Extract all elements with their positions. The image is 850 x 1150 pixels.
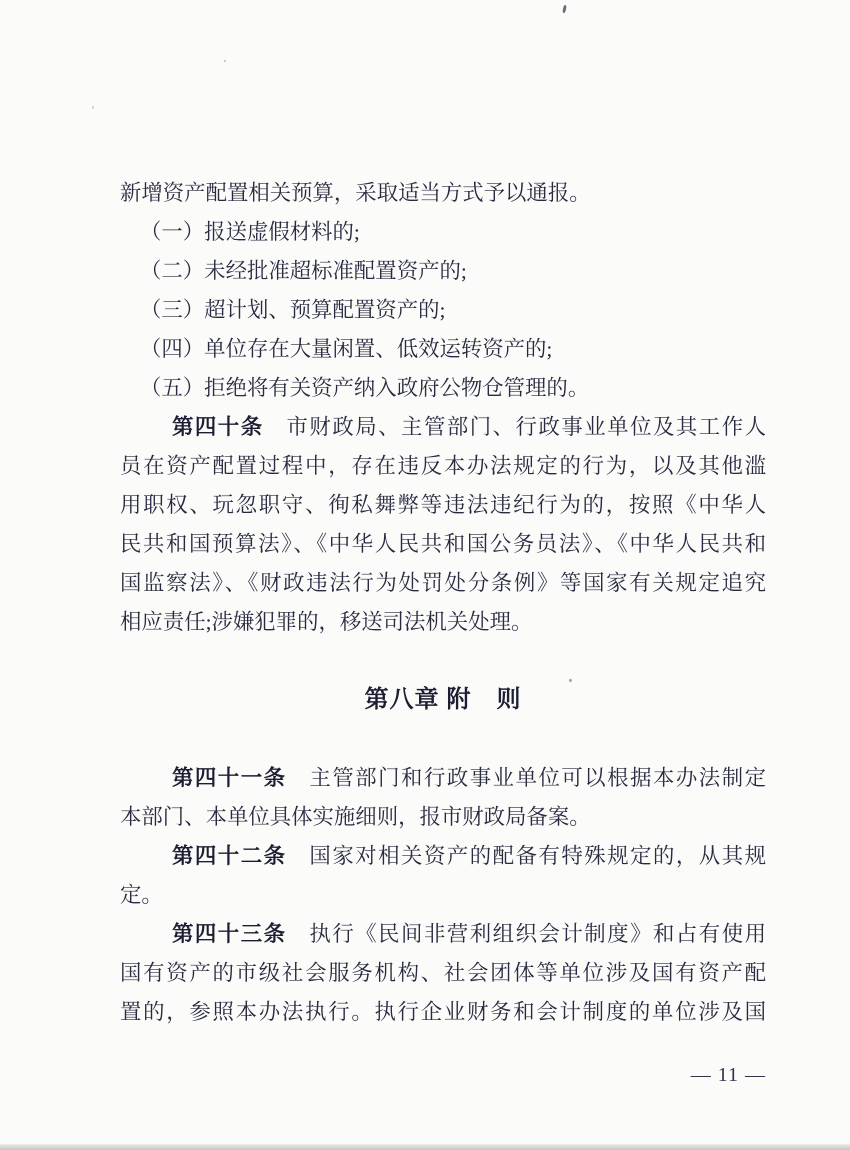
document-page: 新增资产配置相关预算，采取适当方式予以通报。（一）报送虚假材料的;（二）未经批准… — [0, 0, 850, 1150]
article-body-line: 本部门、本单位具体实施细则，报市财政局备案。 — [120, 798, 766, 837]
scan-speck — [562, 5, 567, 13]
text-block: 新增资产配置相关预算，采取适当方式予以通报。（一）报送虚假材料的;（二）未经批准… — [120, 174, 766, 1032]
article-body-line: 国监察法》、《财政违法行为处罚处分条例》等国家有关规定追究 — [120, 564, 766, 603]
article-body-line: 置的，参照本办法执行。执行企业财务和会计制度的单位涉及国 — [120, 993, 766, 1032]
article-first-line: 第四十条 市财政局、主管部门、行政事业单位及其工作人 — [120, 408, 766, 447]
article-body-line: 相应责任;涉嫌犯罪的，移送司法机关处理。 — [120, 603, 766, 642]
scan-speck — [92, 106, 94, 109]
article-number: 第四十三条 — [172, 922, 287, 946]
article-number: 第四十条 — [172, 415, 264, 439]
body-line: 新增资产配置相关预算，采取适当方式予以通报。 — [120, 174, 766, 213]
article-first-line: 第四十三条 执行《民间非营利组织会计制度》和占有使用 — [120, 915, 766, 954]
article-body-line: 员在资产配置过程中，存在违反本办法规定的行为，以及其他滥 — [120, 447, 766, 486]
article-body-line: 用职权、玩忽职守、徇私舞弊等违法违纪行为的，按照《中华人 — [120, 486, 766, 525]
page-number: — 11 — — [691, 1064, 766, 1087]
article-first-line: 第四十二条 国家对相关资产的配备有特殊规定的，从其规 — [120, 837, 766, 876]
article-body-line: 定。 — [120, 876, 766, 915]
scan-edge-artifact — [0, 1144, 850, 1150]
list-item-line: （四）单位存在大量闲置、低效运转资产的; — [120, 330, 766, 369]
article-number: 第四十二条 — [172, 844, 287, 868]
article-first-line: 第四十一条 主管部门和行政事业单位可以根据本办法制定 — [120, 759, 766, 798]
list-item-line: （一）报送虚假材料的; — [120, 213, 766, 252]
chapter-heading: 第八章 附 则 — [120, 681, 766, 720]
list-item-line: （二）未经批准超标准配置资产的; — [120, 252, 766, 291]
list-item-line: （三）超计划、预算配置资产的; — [120, 291, 766, 330]
article-first-text: 市财政局、主管部门、行政事业单位及其工作人 — [264, 415, 766, 439]
article-first-text: 国家对相关资产的配备有特殊规定的，从其规 — [287, 844, 766, 868]
article-first-text: 执行《民间非营利组织会计制度》和占有使用 — [287, 922, 766, 946]
scan-speck — [224, 60, 226, 62]
article-number: 第四十一条 — [172, 766, 287, 790]
list-item-line: （五）拒绝将有关资产纳入政府公物仓管理的。 — [120, 369, 766, 408]
article-body-line: 民共和国预算法》、《中华人民共和国公务员法》、《中华人民共和 — [120, 525, 766, 564]
article-body-line: 国有资产的市级社会服务机构、社会团体等单位涉及国有资产配 — [120, 954, 766, 993]
article-first-text: 主管部门和行政事业单位可以根据本办法制定 — [287, 766, 766, 790]
